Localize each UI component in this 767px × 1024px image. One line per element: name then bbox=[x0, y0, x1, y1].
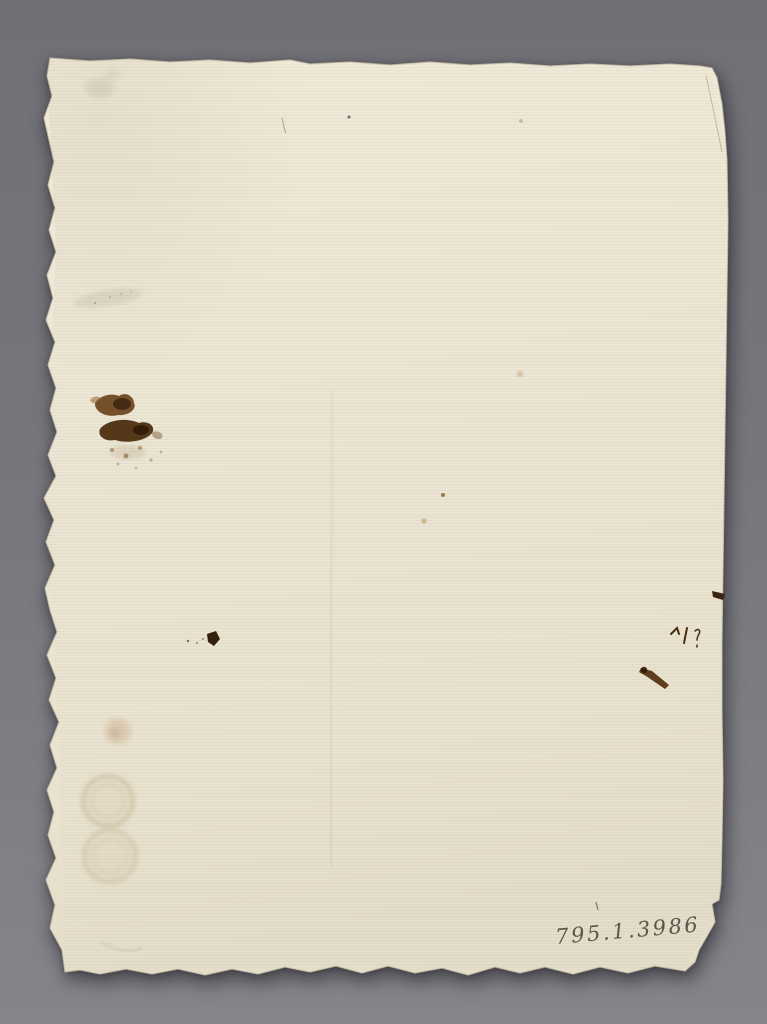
paper-corner-shading bbox=[44, 58, 727, 972]
blind-stamp-upper bbox=[83, 776, 133, 826]
blind-stamp-lower bbox=[84, 830, 136, 882]
photo-background: 795.1.3986 bbox=[0, 0, 767, 1024]
adhesive-stain-round bbox=[105, 718, 131, 744]
paper-scene: 795.1.3986 bbox=[0, 0, 767, 1024]
paper-sheet bbox=[44, 58, 728, 975]
